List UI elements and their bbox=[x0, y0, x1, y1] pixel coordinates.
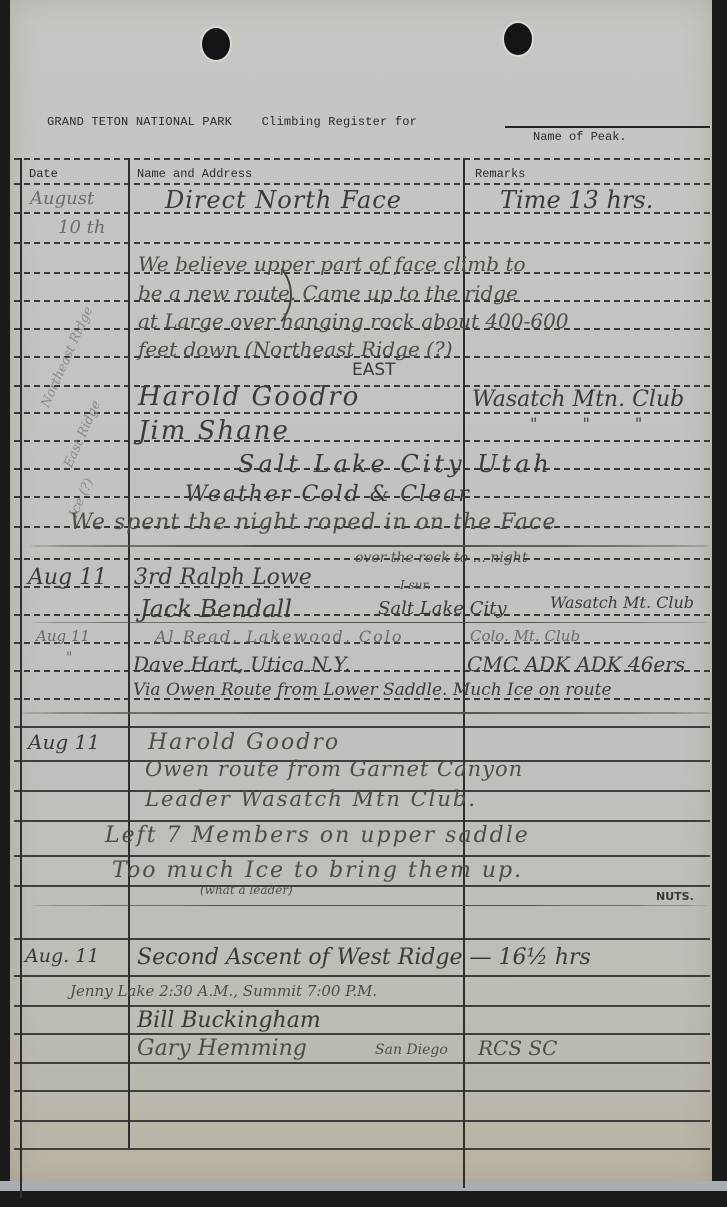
entry-separator bbox=[30, 622, 710, 623]
entry-note: We spent the night roped in on the Face bbox=[70, 510, 556, 535]
climber-name: Al Read, Lakewood, Colo bbox=[155, 627, 404, 646]
entry-note: over the rock to ... night bbox=[355, 550, 527, 566]
binder-hole bbox=[202, 28, 230, 60]
route-name: Second Ascent of West Ridge — 16½ hrs bbox=[137, 945, 591, 970]
climber-club: Wasatch Mtn. Club bbox=[472, 387, 684, 412]
climber-name: Dave Hart, Utica N.Y. bbox=[133, 652, 350, 676]
entry-note: Leader Wasatch Mtn Club. bbox=[145, 787, 477, 811]
entry-note: at Large over hanging rock about 400-600 bbox=[138, 309, 569, 333]
rule-line bbox=[14, 440, 710, 442]
entry-annotation: NUTS. bbox=[656, 890, 694, 903]
climber-club: Colo. Mt. Club bbox=[470, 627, 580, 645]
entry-note: be a new route. Came up to the ridge bbox=[138, 281, 518, 305]
climber-name: Harold Goodro bbox=[148, 730, 340, 755]
column-header-date: Date bbox=[29, 167, 58, 181]
scribble-mark bbox=[228, 258, 292, 332]
entry-weather: Weather Cold & Clear bbox=[185, 482, 471, 507]
rule-line bbox=[14, 885, 710, 887]
entry-remarks: Time 13 hrs. bbox=[500, 186, 653, 214]
climber-club: CMC ADK ADK 46ers bbox=[467, 652, 685, 676]
rule-line bbox=[14, 855, 710, 857]
climber-name: Jim Shane bbox=[138, 416, 290, 446]
entry-note: We believe upper part of face climb to bbox=[138, 252, 526, 276]
page-edge bbox=[0, 1181, 727, 1191]
entry-separator bbox=[22, 712, 712, 714]
column-header-name: Name and Address bbox=[137, 167, 252, 181]
rule-line bbox=[14, 242, 710, 244]
rule-line bbox=[14, 586, 710, 588]
left-border bbox=[20, 158, 22, 1198]
entry-note: Too much Ice to bring them up. bbox=[112, 858, 523, 883]
entry-note: Owen route from Garnet Canyon bbox=[145, 757, 523, 781]
rule-line bbox=[14, 975, 710, 977]
entry-date: Aug 11 bbox=[28, 565, 107, 590]
rule-line bbox=[14, 726, 710, 728]
rule-line bbox=[14, 1033, 710, 1035]
route-name: Direct North Face bbox=[165, 186, 402, 214]
climber-club: " " " bbox=[530, 414, 642, 433]
entry-separator bbox=[30, 545, 710, 547]
peak-field-caption: Name of Peak. bbox=[533, 130, 627, 144]
rule-line bbox=[14, 1090, 710, 1092]
entry-note: Via Owen Route from Lower Saddle. Much I… bbox=[133, 680, 612, 700]
form-title: Climbing Register for bbox=[262, 115, 417, 129]
rule-line bbox=[14, 1148, 710, 1150]
climber-name: Bill Buckingham bbox=[137, 1008, 321, 1033]
entry-annotation: (what a leader) bbox=[200, 883, 293, 897]
rule-line bbox=[14, 1005, 710, 1007]
entry-date: Aug 11 bbox=[28, 730, 100, 754]
park-name: GRAND TETON NATIONAL PARK bbox=[47, 115, 232, 129]
rule-line bbox=[14, 820, 710, 822]
entry-date: Aug 11 bbox=[36, 627, 90, 645]
entry-separator bbox=[30, 905, 710, 906]
climber-name: Gary Hemming bbox=[137, 1036, 307, 1061]
entry-remarks: I sur. bbox=[400, 578, 431, 592]
entry-date: 10 th bbox=[58, 217, 105, 238]
rule-line bbox=[14, 1062, 710, 1064]
rule-line bbox=[14, 183, 710, 185]
entry-date: Aug. 11 bbox=[25, 945, 99, 967]
rule-line bbox=[14, 614, 710, 616]
climber-name: 3rd Ralph Lowe bbox=[134, 565, 312, 590]
entry-date: " bbox=[66, 650, 72, 666]
climber-club: RCS SC bbox=[478, 1036, 557, 1060]
climber-club: Wasatch Mt. Club bbox=[550, 593, 694, 612]
binder-hole bbox=[504, 23, 532, 55]
entry-correction: EAST bbox=[352, 360, 396, 380]
form-header: GRAND TETON NATIONAL PARK Climbing Regis… bbox=[47, 115, 417, 129]
climber-address: Salt Lake City bbox=[378, 598, 507, 619]
rule-line bbox=[14, 938, 710, 940]
column-header-remarks: Remarks bbox=[475, 167, 525, 181]
entry-note: Jenny Lake 2:30 A.M., Summit 7:00 P.M. bbox=[70, 982, 377, 1000]
entry-note: Left 7 Members on upper saddle bbox=[105, 823, 530, 848]
climber-name: Jack Bendall bbox=[140, 595, 292, 623]
rule-line bbox=[14, 158, 710, 160]
peak-name-field bbox=[505, 126, 710, 128]
entry-note: feet down (Northeast Ridge (?) bbox=[138, 337, 453, 361]
entry-date: August bbox=[30, 188, 94, 209]
climber-address: San Diego bbox=[375, 1042, 448, 1058]
climber-address: Salt Lake City Utah bbox=[238, 450, 553, 478]
climber-name: Harold Goodro bbox=[138, 382, 360, 412]
rule-line bbox=[14, 1120, 710, 1122]
